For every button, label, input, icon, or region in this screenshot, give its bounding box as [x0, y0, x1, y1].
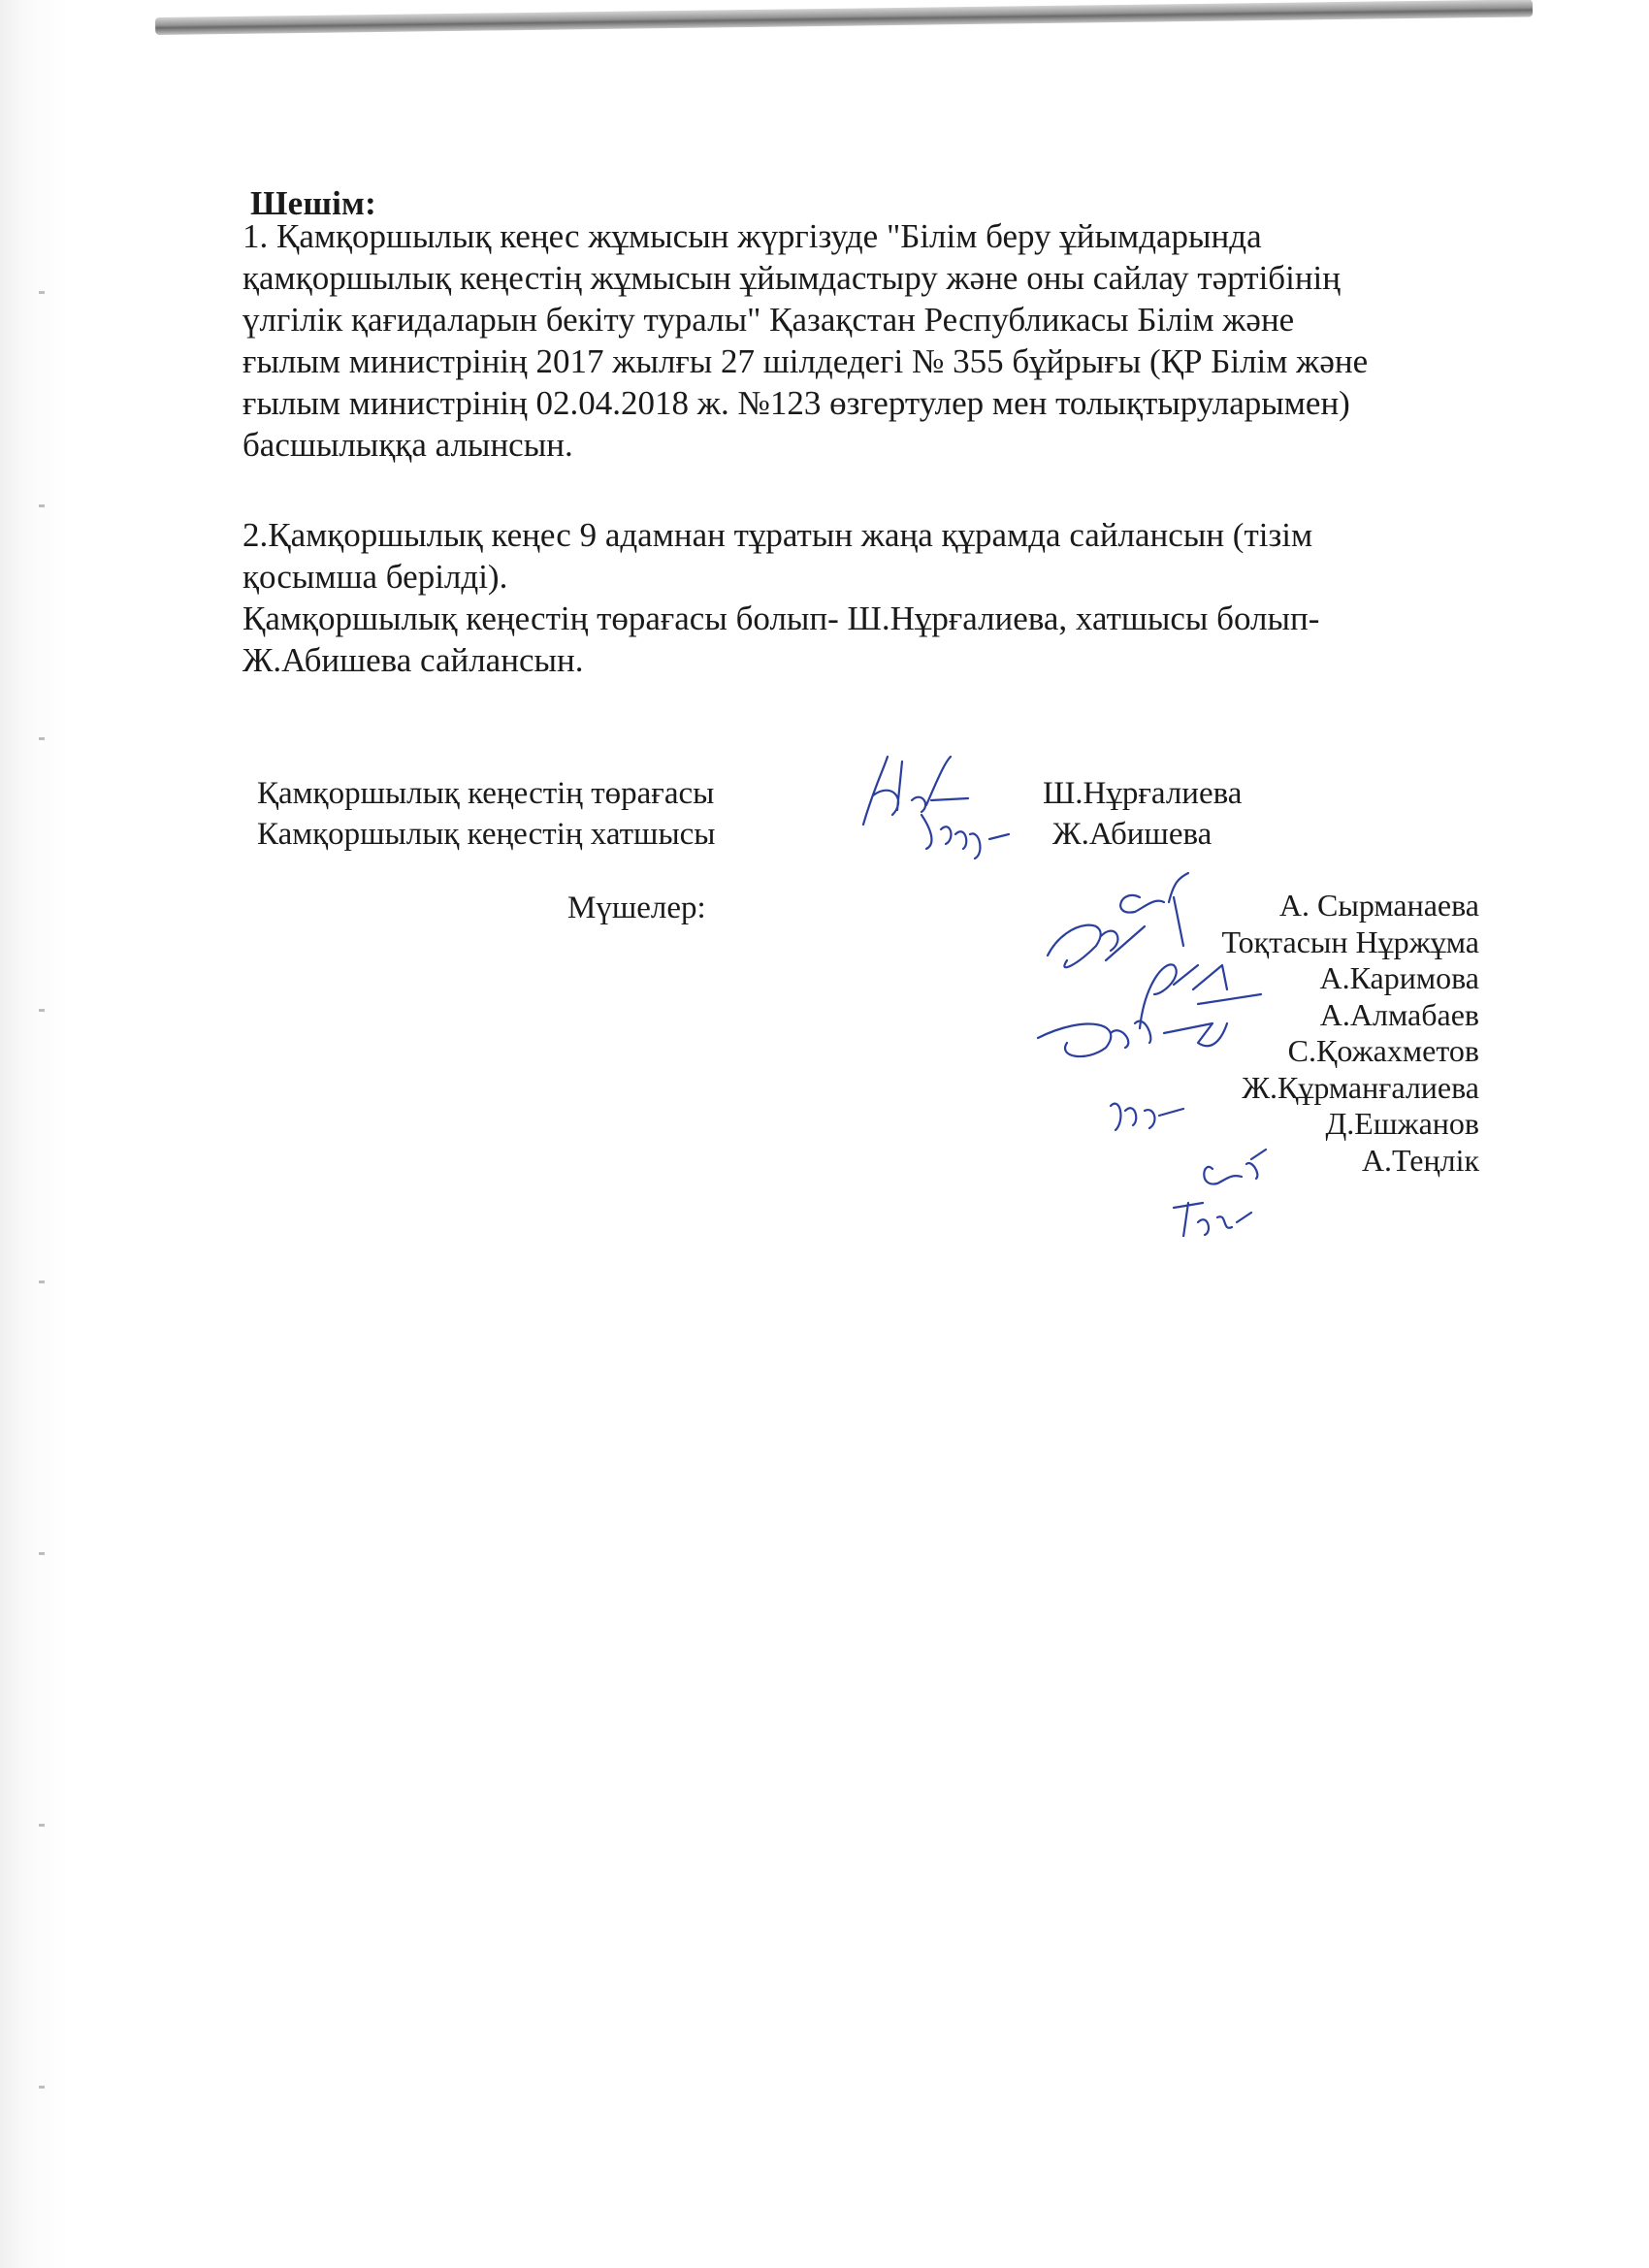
decision-2-line: қосымша берілді). — [242, 556, 1503, 598]
member-name: А.Алмабаев — [1221, 997, 1479, 1034]
decision-2: 2.Қамқоршылық кеңес 9 адамнан тұратын жа… — [242, 514, 1503, 681]
member-name: А.Каримова — [1221, 960, 1479, 997]
decision-1-line: басшылыққа алынсын. — [242, 424, 1503, 466]
member-name: Тоқтасын Нұржұма — [1221, 924, 1479, 961]
decision-1-line: ғылым министрінің 2017 жылғы 27 шілдедег… — [242, 340, 1503, 382]
secretary-role: Камқоршылық кеңестің хатшысы — [257, 817, 715, 853]
chair-role: Қамқоршылық кеңестің төрағасы — [257, 776, 714, 812]
member-name: Д.Ешжанов — [1221, 1106, 1479, 1143]
decision-2-line: Ж.Абишева сайлансын. — [242, 639, 1503, 681]
secretary-name: Ж.Абишева — [1052, 817, 1212, 853]
member-name: А.Теңлік — [1221, 1143, 1479, 1180]
members-label: Мүшелер: — [567, 891, 706, 926]
decision-2-line: Қамқоршылық кеңестің төрағасы болып- Ш.Н… — [242, 598, 1503, 639]
secretary-signature-icon — [917, 805, 1023, 863]
decision-1: 1. Қамқоршылық кеңес жұмысын жүргізуде "… — [242, 215, 1503, 466]
members-list: А. Сырманаева Тоқтасын Нұржұма А.Каримов… — [1221, 888, 1479, 1179]
document-page: Шешім: 1. Қамқоршылық кеңес жұмысын жүрг… — [0, 0, 1649, 2268]
decision-1-line: 1. Қамқоршылық кеңес жұмысын жүргізуде "… — [242, 215, 1503, 257]
decision-2-line: 2.Қамқоршылық кеңес 9 адамнан тұратын жа… — [242, 514, 1503, 556]
decision-1-line: қамқоршылық кеңестің жұмысын ұйымдастыру… — [242, 257, 1503, 299]
decision-1-line: үлгілік қағидаларын бекіту туралы" Қазақ… — [242, 299, 1503, 340]
member-name: А. Сырманаева — [1221, 888, 1479, 924]
member-name: С.Қожахметов — [1221, 1033, 1479, 1070]
member-name: Ж.Құрманғалиева — [1221, 1070, 1479, 1107]
decision-1-line: ғылым министрінің 02.04.2018 ж. №123 өзг… — [242, 382, 1503, 424]
chair-name: Ш.Нұрғалиева — [1043, 776, 1242, 812]
